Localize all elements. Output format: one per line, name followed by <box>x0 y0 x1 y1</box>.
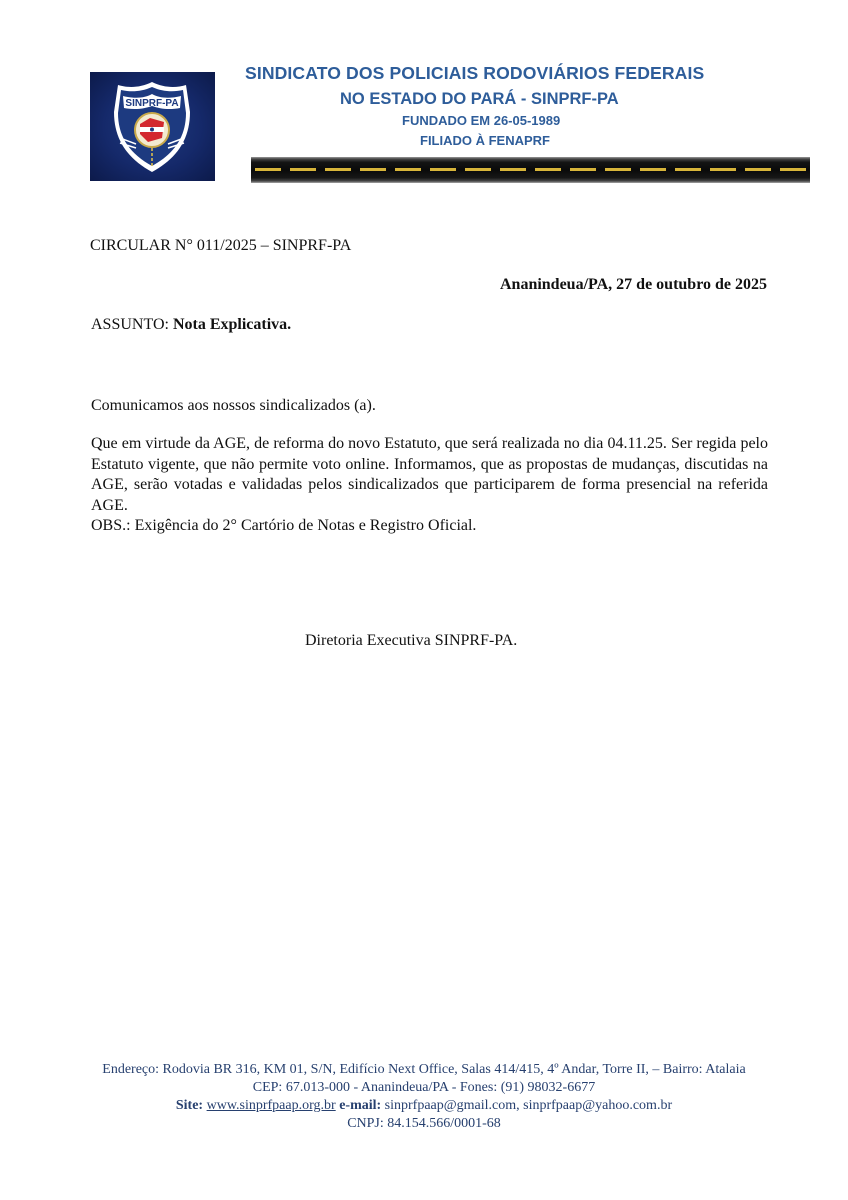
body-paragraph: Que em virtude da AGE, de reforma do nov… <box>91 434 768 516</box>
footer-contact: Site: www.sinprfpaap.org.br e-mail: sinp… <box>80 1097 768 1115</box>
site-link[interactable]: www.sinprfpaap.org.br <box>207 1098 336 1113</box>
org-name: SINDICATO DOS POLICIAIS RODOVIÁRIOS FEDE… <box>245 63 785 84</box>
svg-text:SINPRF-PA: SINPRF-PA <box>125 98 178 109</box>
founded-date: FUNDADO EM 26-05-1989 <box>402 113 560 128</box>
greeting: Comunicamos aos nossos sindicalizados (a… <box>91 396 376 416</box>
footer-address: Endereço: Rodovia BR 316, KM 01, S/N, Ed… <box>80 1061 768 1079</box>
police-shield-icon: SINPRF-PA <box>90 72 215 181</box>
subject-line: ASSUNTO: Nota Explicativa. <box>91 315 291 335</box>
footer-cep: CEP: 67.013-000 - Ananindeua/PA - Fones:… <box>80 1079 768 1097</box>
obs-note: OBS.: Exigência do 2° Cartório de Notas … <box>91 516 768 537</box>
footer: Endereço: Rodovia BR 316, KM 01, S/N, Ed… <box>80 1061 768 1133</box>
signature: Diretoria Executiva SINPRF-PA. <box>305 631 517 651</box>
letter-body: Que em virtude da AGE, de reforma do nov… <box>91 434 768 537</box>
letter-date: Ananindeua/PA, 27 de outubro de 2025 <box>500 275 767 295</box>
email-addresses: sinprfpaap@gmail.com, sinprfpaap@yahoo.c… <box>385 1098 672 1113</box>
footer-cnpj: CNPJ: 84.154.566/0001-68 <box>80 1115 768 1133</box>
road-banner <box>251 157 810 183</box>
state-line: NO ESTADO DO PARÁ - SINPRF-PA <box>340 90 619 109</box>
site-label: Site: <box>176 1098 203 1113</box>
circular-number: CIRCULAR N° 011/2025 – SINPRF-PA <box>90 236 351 256</box>
road-dash-line <box>255 168 806 171</box>
subject-text: Nota Explicativa. <box>173 316 291 333</box>
subject-label: ASSUNTO: <box>91 316 169 333</box>
affiliation: FILIADO À FENAPRF <box>420 133 550 148</box>
email-label: e-mail: <box>339 1098 381 1113</box>
union-logo: SINPRF-PA <box>90 72 215 181</box>
